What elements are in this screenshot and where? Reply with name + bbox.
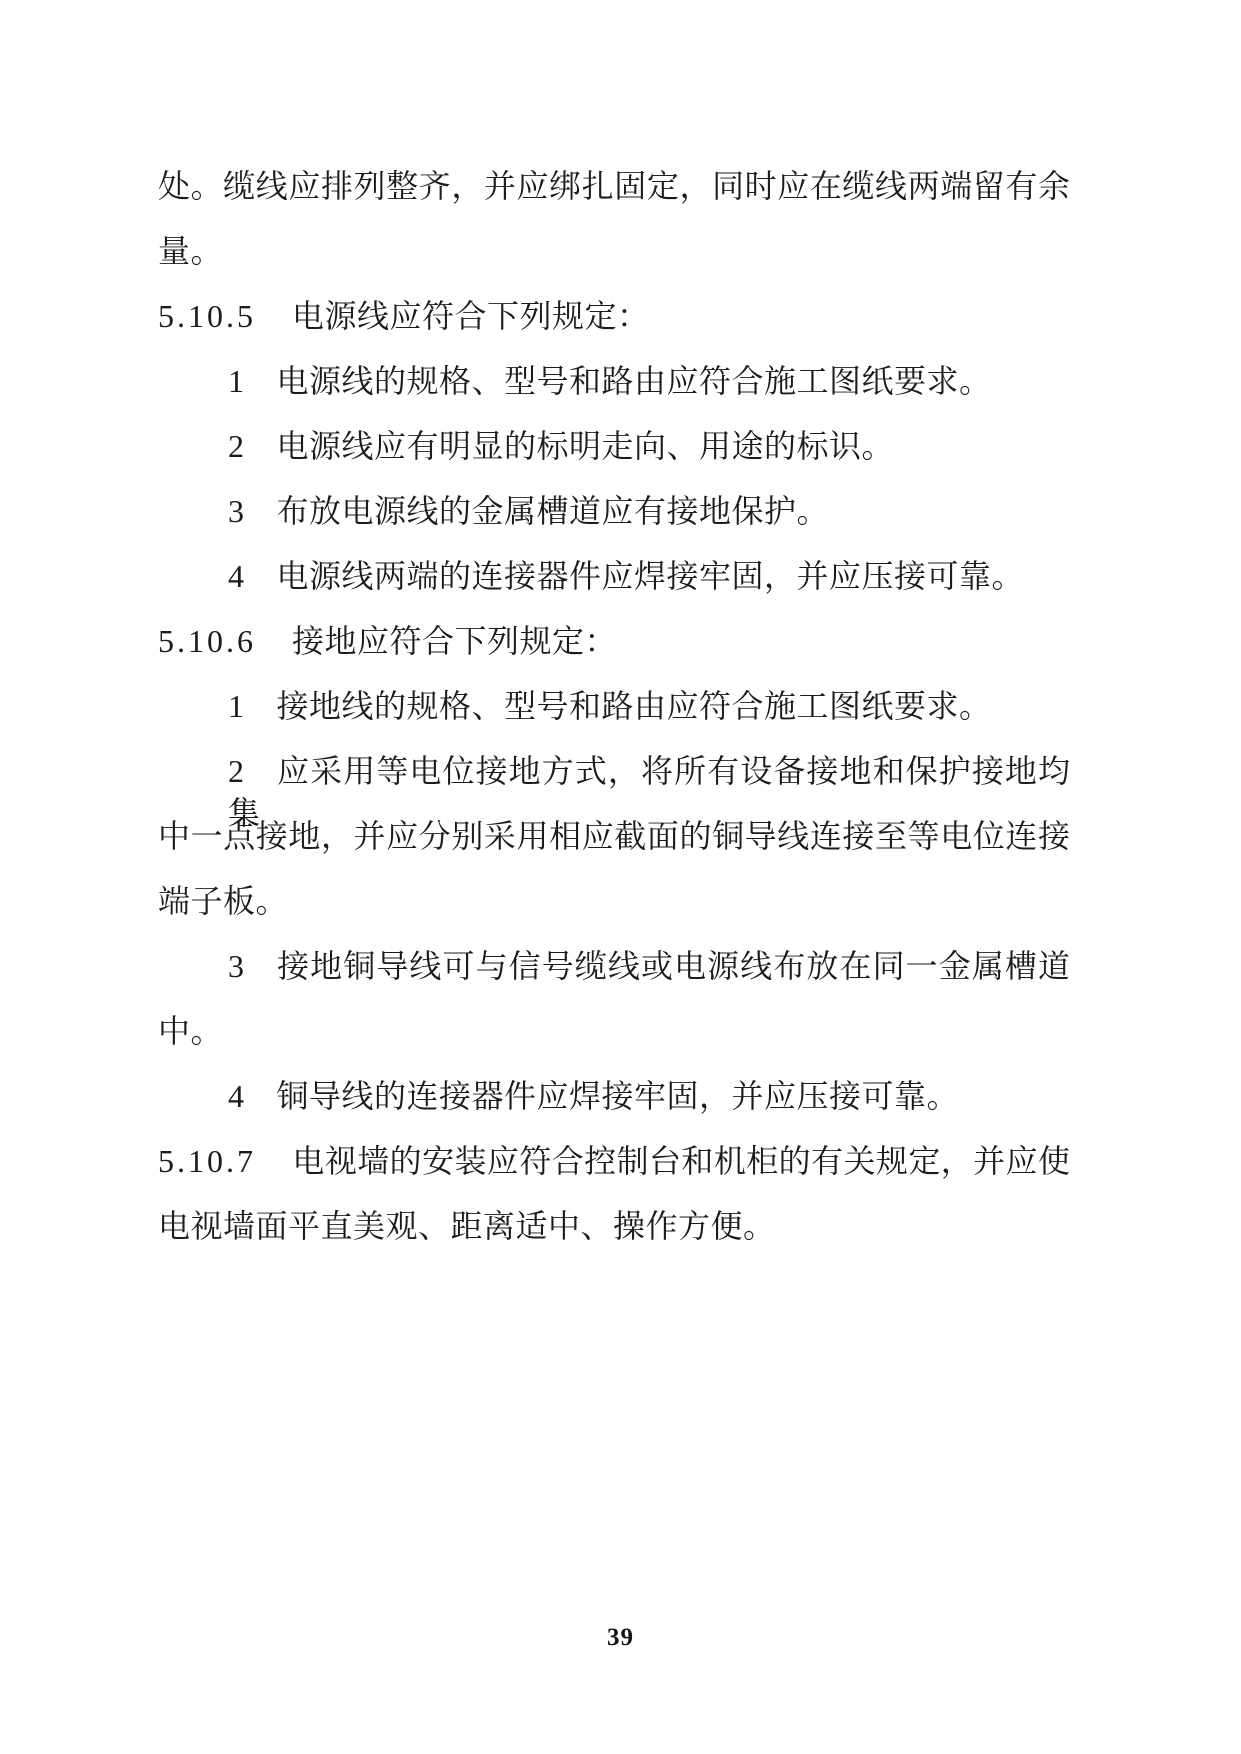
item-number: 1 bbox=[228, 685, 245, 727]
item-text: 电源线的规格、型号和路由应符合施工图纸要求。 bbox=[277, 363, 992, 399]
item-number: 2 bbox=[228, 750, 244, 792]
body-line: 电视墙面平直美观、距离适中、操作方便。 bbox=[158, 1205, 1070, 1249]
section-title: 接地应符合下列规定： bbox=[292, 623, 617, 659]
item-number: 4 bbox=[228, 1075, 245, 1117]
item-number: 1 bbox=[228, 360, 245, 402]
item-number: 3 bbox=[228, 945, 244, 987]
body-text: 处。缆线应排列整齐，并应绑扎固定，同时应在缆线两端留有余 bbox=[158, 168, 1070, 204]
body-text: 中一点接地，并应分别采用相应截面的铜导线连接至等电位连接 bbox=[158, 818, 1070, 854]
body-line: 中。 bbox=[158, 1010, 1070, 1054]
list-item: 1电源线的规格、型号和路由应符合施工图纸要求。 bbox=[158, 360, 1070, 404]
document-page: 处。缆线应排列整齐，并应绑扎固定，同时应在缆线两端留有余 量。 5.10.5电源… bbox=[0, 0, 1241, 1754]
section-heading-5-10-7: 5.10.7电视墙的安装应符合控制台和机柜的有关规定，并应使 bbox=[158, 1140, 1070, 1184]
section-title: 电源线应符合下列规定： bbox=[292, 298, 650, 334]
item-text: 接地铜导线可与信号缆线或电源线布放在同一金属槽道 bbox=[276, 948, 1070, 984]
item-text: 接地线的规格、型号和路由应符合施工图纸要求。 bbox=[277, 688, 992, 724]
item-text: 电源线应有明显的标明走向、用途的标识。 bbox=[277, 428, 895, 464]
body-line: 处。缆线应排列整齐，并应绑扎固定，同时应在缆线两端留有余 bbox=[158, 165, 1070, 209]
body-text: 端子板。 bbox=[158, 883, 288, 919]
body-line: 量。 bbox=[158, 230, 1070, 274]
section-number: 5.10.6 bbox=[158, 620, 256, 662]
list-item: 4铜导线的连接器件应焊接牢固，并应压接可靠。 bbox=[158, 1075, 1070, 1119]
list-item: 3布放电源线的金属槽道应有接地保护。 bbox=[158, 490, 1070, 534]
item-number: 2 bbox=[228, 425, 245, 467]
item-text: 布放电源线的金属槽道应有接地保护。 bbox=[277, 493, 830, 529]
body-line: 中一点接地，并应分别采用相应截面的铜导线连接至等电位连接 bbox=[158, 815, 1070, 859]
body-text: 电视墙面平直美观、距离适中、操作方便。 bbox=[158, 1208, 776, 1244]
list-item: 2电源线应有明显的标明走向、用途的标识。 bbox=[158, 425, 1070, 469]
list-item: 3接地铜导线可与信号缆线或电源线布放在同一金属槽道 bbox=[158, 945, 1070, 989]
list-item: 2应采用等电位接地方式，将所有设备接地和保护接地均集 bbox=[158, 750, 1070, 794]
list-item: 1接地线的规格、型号和路由应符合施工图纸要求。 bbox=[158, 685, 1070, 729]
section-number: 5.10.7 bbox=[158, 1140, 256, 1182]
section-heading-5-10-5: 5.10.5电源线应符合下列规定： bbox=[158, 295, 1070, 339]
item-text: 铜导线的连接器件应焊接牢固，并应压接可靠。 bbox=[277, 1078, 960, 1114]
page-number: 39 bbox=[0, 1624, 1241, 1652]
section-heading-5-10-6: 5.10.6接地应符合下列规定： bbox=[158, 620, 1070, 664]
list-item: 4电源线两端的连接器件应焊接牢固，并应压接可靠。 bbox=[158, 555, 1070, 599]
section-title: 电视墙的安装应符合控制台和机柜的有关规定，并应使 bbox=[292, 1143, 1070, 1179]
item-number: 4 bbox=[228, 555, 245, 597]
body-text: 中。 bbox=[158, 1013, 223, 1049]
item-number: 3 bbox=[228, 490, 245, 532]
section-number: 5.10.5 bbox=[158, 295, 256, 337]
body-text: 量。 bbox=[158, 233, 223, 269]
body-line: 端子板。 bbox=[158, 880, 1070, 924]
item-text: 电源线两端的连接器件应焊接牢固，并应压接可靠。 bbox=[277, 558, 1025, 594]
